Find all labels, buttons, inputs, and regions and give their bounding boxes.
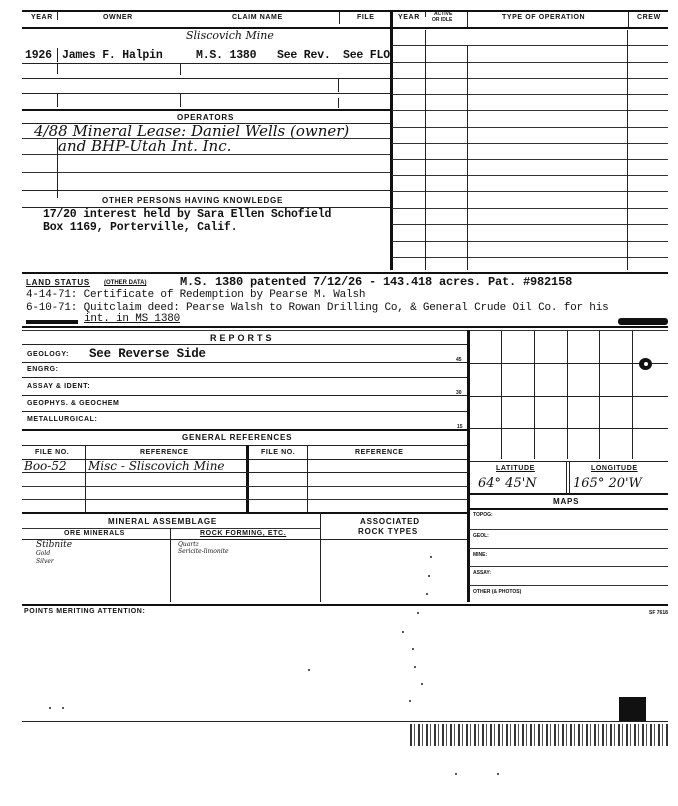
row-rule xyxy=(22,395,468,396)
active-col-divider xyxy=(467,45,468,270)
speck xyxy=(49,707,51,709)
land-status-sublabel: (OTHER DATA) xyxy=(104,280,146,286)
row-rule xyxy=(22,172,390,173)
land-status-label: LAND STATUS xyxy=(26,278,90,287)
divider xyxy=(338,98,339,108)
row-rule xyxy=(22,528,320,529)
section-divider xyxy=(390,12,393,270)
col-file-no: FILE NO. xyxy=(35,449,69,456)
maps-geol: GEOL: xyxy=(473,533,489,539)
header-crew: CREW xyxy=(637,14,661,21)
rock-forming-1: Quartz xyxy=(178,541,199,548)
row-rule xyxy=(469,566,668,567)
claim-name-handwritten: Sliscovich Mine xyxy=(186,29,274,42)
report-assay-label: ASSAY & IDENT: xyxy=(27,383,90,390)
row-rule xyxy=(22,429,468,431)
section-rule xyxy=(22,330,668,331)
other-persons-line-1: 17/20 interest held by Sara Ellen Schofi… xyxy=(43,208,331,221)
row-rule xyxy=(22,486,468,487)
redaction-mark xyxy=(26,320,78,324)
grid-line xyxy=(632,331,633,459)
header-year: YEAR xyxy=(31,14,53,21)
divider xyxy=(85,445,86,512)
speck xyxy=(428,575,430,577)
ore-mineral-3: Silver xyxy=(36,558,54,565)
row-rule xyxy=(22,63,390,64)
header-bottom-rule xyxy=(22,27,668,29)
divider xyxy=(307,445,308,512)
speck xyxy=(414,666,416,668)
reference-file-no: Boo-52 xyxy=(24,459,67,473)
rock-forming-2: Sericite-limonite xyxy=(178,548,229,555)
header-year-right: YEAR xyxy=(398,14,420,21)
section-rule xyxy=(22,272,668,274)
col-file-no-2: FILE NO. xyxy=(261,449,295,456)
associated-rock-title-2: ROCK TYPES xyxy=(358,527,418,536)
mineral-assemblage-title: MINERAL ASSEMBLAGE xyxy=(108,517,217,526)
divider xyxy=(320,512,321,602)
row-rule xyxy=(22,499,468,500)
grid-line xyxy=(567,331,568,459)
row-rule xyxy=(469,548,668,549)
longitude-value: 165° 20'W xyxy=(573,476,642,491)
other-persons-line-2: Box 1169, Porterville, Calif. xyxy=(43,221,237,234)
claim-note: See Rev. xyxy=(277,49,331,62)
speck xyxy=(62,707,64,709)
divider xyxy=(57,10,58,20)
associated-rock-title-1: ASSOCIATED xyxy=(360,517,420,526)
row-rule xyxy=(469,508,668,510)
col-reference-2: REFERENCE xyxy=(355,449,404,456)
claim-number: M.S. 1380 xyxy=(196,49,256,62)
report-geology-label: GEOLOGY: xyxy=(27,351,69,358)
divider xyxy=(569,461,570,493)
maps-title: MAPS xyxy=(553,497,579,506)
speck xyxy=(417,612,419,614)
reports-title: REPORTS xyxy=(210,333,275,343)
form-number: SF 7618 xyxy=(649,610,668,616)
row-rule xyxy=(22,411,468,412)
speck xyxy=(412,648,414,650)
maps-mine: MINE: xyxy=(473,552,487,558)
divider xyxy=(338,78,339,92)
report-geology-value: See Reverse Side xyxy=(89,347,206,361)
speck xyxy=(455,773,457,775)
report-engrg-label: ENGRG: xyxy=(27,366,59,373)
owner-name: James F. Halpin xyxy=(62,49,163,62)
grid-line xyxy=(501,331,502,459)
location-marker-icon xyxy=(639,358,652,370)
land-status-line-2: 4-14-71: Certificate of Redemption by Pe… xyxy=(26,289,365,301)
row-rule xyxy=(22,539,468,540)
grid-line xyxy=(469,396,668,397)
divider xyxy=(425,11,426,17)
scan-artifact-block xyxy=(619,697,646,721)
speck xyxy=(430,556,432,558)
divider xyxy=(467,12,468,27)
row-rule xyxy=(22,78,390,79)
header-or-idle: OR IDLE xyxy=(432,17,452,23)
speck xyxy=(421,683,423,685)
divider xyxy=(180,63,181,75)
header-type-of-operation: TYPE OF OPERATION xyxy=(502,14,585,21)
points-meriting-attention-label: POINTS MERITING ATTENTION: xyxy=(24,608,145,615)
other-persons-title: OTHER PERSONS HAVING KNOWLEDGE xyxy=(102,196,283,205)
lower-section-divider xyxy=(467,330,470,602)
section-rule xyxy=(469,493,668,495)
speck xyxy=(426,593,428,595)
divider xyxy=(246,445,249,512)
divider xyxy=(57,48,58,62)
row-rule xyxy=(22,154,390,155)
divider xyxy=(57,94,58,107)
header-owner: OWNER xyxy=(103,14,133,21)
year-col-divider xyxy=(425,30,426,270)
owner-year: 1926 xyxy=(25,49,52,62)
row-rule xyxy=(22,377,468,378)
reference-text: Misc - Sliscovich Mine xyxy=(88,459,225,473)
speck xyxy=(402,631,404,633)
row-rule xyxy=(22,445,468,446)
col-reference: REFERENCE xyxy=(140,449,189,456)
crew-col-divider xyxy=(627,30,628,270)
row-rule xyxy=(22,109,390,111)
general-references-title: GENERAL REFERENCES xyxy=(182,433,292,442)
divider xyxy=(57,63,58,74)
section-rule xyxy=(22,326,668,328)
row-rule xyxy=(22,93,390,94)
section-rule xyxy=(22,721,668,722)
maps-topog: TOPOG: xyxy=(473,512,493,518)
divider xyxy=(566,461,567,493)
row-rule xyxy=(469,585,668,586)
speck xyxy=(409,700,411,702)
operators-line-2: and BHP-Utah Int. Inc. xyxy=(58,137,231,155)
maps-other-photos: OTHER (& PHOTOS) xyxy=(473,589,521,595)
header-claim-name: CLAIM NAME xyxy=(232,14,283,21)
row-rule xyxy=(469,529,668,530)
latitude-value: 64° 45'N xyxy=(478,476,537,491)
row-rule xyxy=(22,512,468,514)
longitude-label: LONGITUDE xyxy=(591,465,638,472)
operators-title: OPERATORS xyxy=(177,113,234,122)
divider xyxy=(180,94,181,107)
divider xyxy=(628,12,629,27)
ore-mineral-2: Gold xyxy=(36,550,50,557)
land-status-line-4: int. in MS 1380 xyxy=(84,313,180,325)
row-rule xyxy=(22,344,468,345)
scan-noise xyxy=(410,724,668,746)
ore-mineral-1: Stibnite xyxy=(36,540,72,550)
grid-line xyxy=(469,428,668,429)
redaction-mark xyxy=(618,318,668,325)
grid-line xyxy=(534,331,535,459)
header-top-rule xyxy=(22,10,668,12)
row-rule xyxy=(22,190,390,191)
row-rule xyxy=(22,362,468,363)
speck xyxy=(497,773,499,775)
report-geophys-label: GEOPHYS. & GEOCHEM xyxy=(27,400,119,407)
report-metallurgical-label: METALLURGICAL: xyxy=(27,416,97,423)
col-rock-forming: ROCK FORMING, ETC. xyxy=(200,530,286,537)
owner-file: See FLO xyxy=(343,49,390,62)
land-status-line-1: M.S. 1380 patented 7/12/26 - 143.418 acr… xyxy=(180,275,572,289)
maps-assay: ASSAY: xyxy=(473,570,491,576)
row-rule xyxy=(22,472,468,473)
divider xyxy=(339,12,340,24)
speck xyxy=(308,669,310,671)
header-file: FILE xyxy=(357,14,375,21)
latitude-label: LATITUDE xyxy=(496,465,535,472)
grid-line xyxy=(599,331,600,459)
col-ore-minerals: ORE MINERALS xyxy=(64,530,125,537)
section-rule xyxy=(22,604,668,606)
